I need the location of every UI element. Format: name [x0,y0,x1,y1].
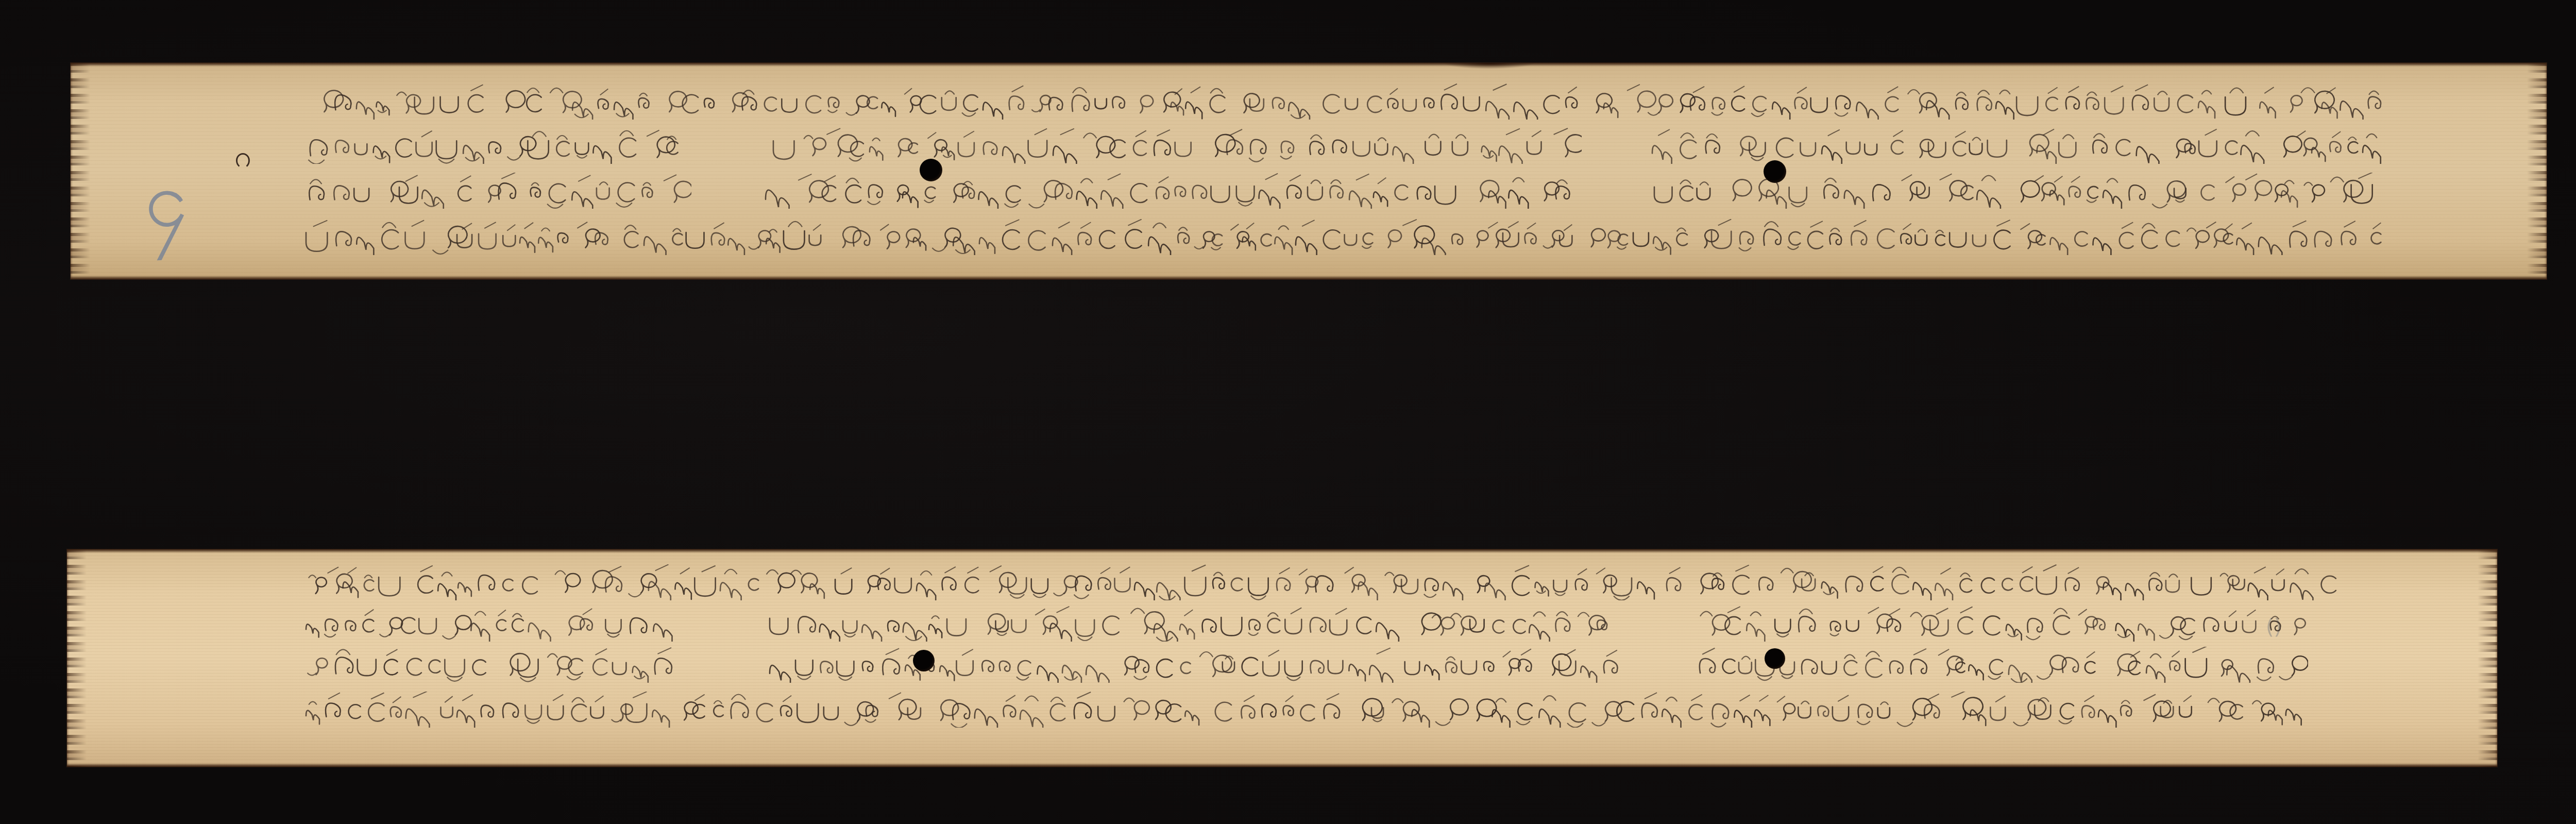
script-line-3-segment-3 [1694,647,2308,683]
string-hole-1 [920,159,942,181]
folio-letter: ဂ [234,141,251,171]
script-line-3-segment-2 [768,647,1619,683]
script-line-4-segment-1 [304,219,2391,255]
script-line-2-segment-2 [771,128,1582,164]
edge-burn-left-edge-wear [71,63,90,279]
edge-strip-top-edge-wear [67,549,2497,553]
palm-leaf-top: ၄ဂ [71,63,2547,279]
script-line-2-segment-2 [768,606,1619,642]
script-line-2-segment-1 [304,128,689,164]
edge-strip-bottom-edge-wear [67,763,2497,767]
script-line-1-segment-1 [304,83,2391,120]
palm-leaf-bottom: () [67,549,2497,767]
edge-burn-right-edge-wear [2478,549,2497,767]
script-line-3-segment-3 [1652,173,2384,209]
script-line-3-segment-1 [304,173,691,209]
string-hole-1 [913,650,935,671]
script-line-2-segment-3 [1694,606,2308,642]
string-hole-2 [1764,160,1786,183]
edge-burn-right-edge-wear [2527,63,2547,279]
edge-strip-bottom-edge-wear [71,276,2547,279]
script-line-3-segment-1 [304,647,689,683]
edge-burn-left-edge-wear [67,549,87,767]
string-hole-2 [1765,648,1785,669]
edge-burn-patch [1443,63,1535,69]
script-line-1-segment-1 [304,564,2344,600]
edge-strip-top-edge-wear [71,63,2547,66]
script-line-4-segment-1 [304,692,2308,728]
script-line-2-segment-3 [1650,128,2391,164]
script-line-3-segment-2 [764,173,1580,209]
pencil-page-number: ၄ [141,159,190,240]
script-line-2-segment-1 [304,606,689,642]
